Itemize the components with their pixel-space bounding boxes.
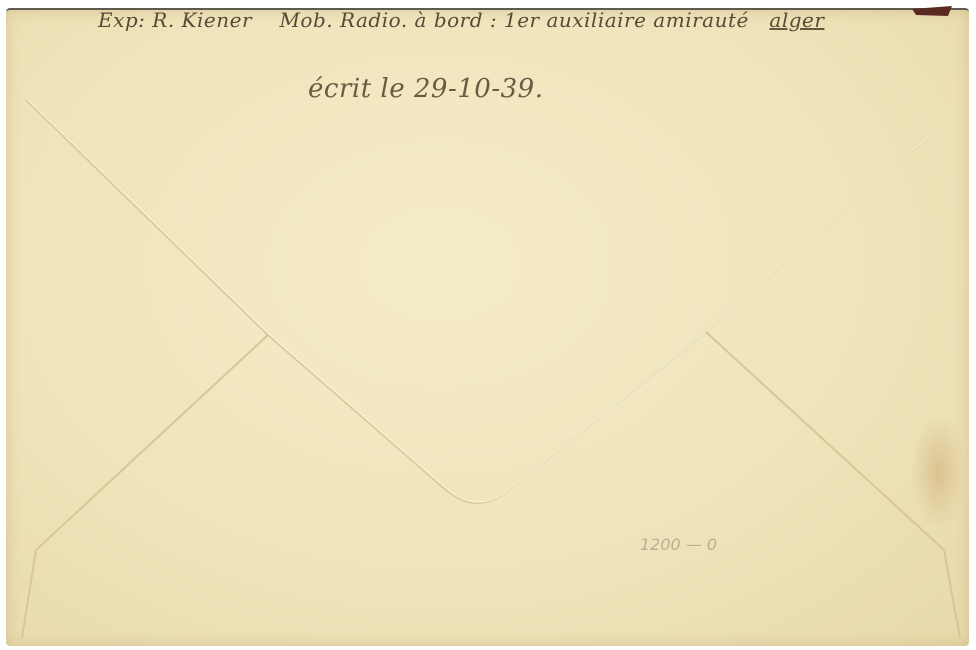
- sender-unit: Mob. Radio. à bord : 1er auxiliaire amir…: [279, 8, 748, 32]
- pencil-price-note: 1200 — 0: [640, 535, 717, 554]
- sender-name: Exp: R. Kiener: [98, 8, 252, 32]
- sender-city: alger: [769, 8, 824, 32]
- envelope-flap-lines: [6, 10, 969, 646]
- foxing-stain: [911, 415, 966, 530]
- written-date-handwriting: écrit le 29-10-39.: [308, 74, 543, 104]
- sender-address-handwriting: Exp: R. Kiener Mob. Radio. à bord : 1er …: [98, 8, 824, 32]
